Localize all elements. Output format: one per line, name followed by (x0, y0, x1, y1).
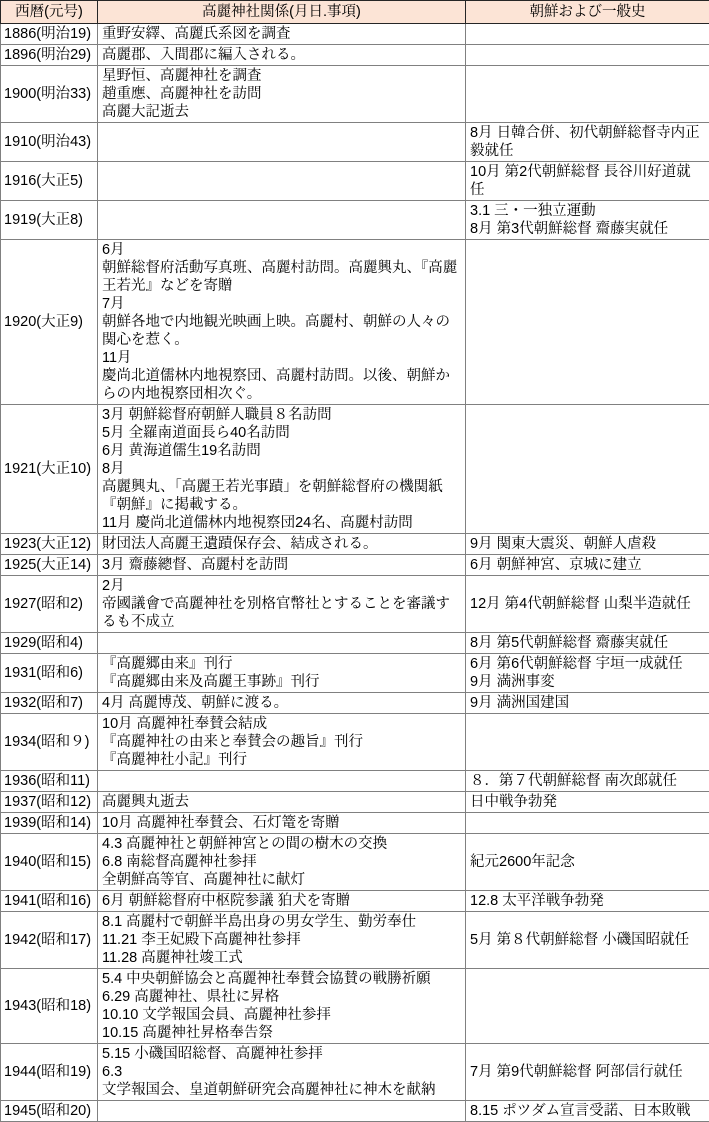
year-cell: 1927(昭和2) (1, 576, 98, 633)
year-cell: 1896(明治29) (1, 45, 98, 66)
table-row: 1942(昭和17) 8.1 高麗村で朝鮮半島出身の男女学生、勤労奉仕 11.2… (1, 912, 709, 969)
shrine-events-cell: 5.15 小磯国昭総督、高麗神社参拝 6.3 文学報国会、皇道朝鮮研究会高麗神社… (98, 1044, 466, 1101)
year-cell: 1942(昭和17) (1, 912, 98, 969)
general-history-cell: 9月 満洲国建国 (466, 693, 709, 714)
table-row: 1927(昭和2) 2月 帝國議會で高麗神社を別格官幣社とすることを審議するも不… (1, 576, 709, 633)
general-history-cell (466, 24, 709, 45)
general-history-cell: ８．第７代朝鮮総督 南次郎就任 (466, 771, 709, 792)
year-cell: 1921(大正10) (1, 405, 98, 534)
header-row: 西暦(元号) 高麗神社関係(月日.事項) 朝鮮および一般史 (1, 1, 709, 24)
year-cell: 1916(大正5) (1, 162, 98, 201)
general-history-cell (466, 66, 709, 123)
shrine-events-cell: 重野安繹、高麗氏系図を調査 (98, 24, 466, 45)
shrine-events-cell (98, 201, 466, 240)
header-year: 西暦(元号) (1, 1, 98, 24)
shrine-events-cell: 4月 高麗博茂、朝鮮に渡る。 (98, 693, 466, 714)
table-row: 1945(昭和20) 8.15 ポツダム宣言受諾、日本敗戦 (1, 1101, 709, 1122)
table-row: 1943(昭和18) 5.4 中央朝鮮協会と高麗神社奉賛会協賛の戦勝祈願 6.2… (1, 969, 709, 1044)
table-row: 1916(大正5) 10月 第2代朝鮮総督 長谷川好道就任 (1, 162, 709, 201)
general-history-cell: 12月 第4代朝鮮総督 山梨半造就任 (466, 576, 709, 633)
table-row: 1934(昭和９) 10月 高麗神社奉賛会結成 『高麗神社の由来と奉賛会の趣旨』… (1, 714, 709, 771)
year-cell: 1937(昭和12) (1, 792, 98, 813)
chronology-page: 西暦(元号) 高麗神社関係(月日.事項) 朝鮮および一般史 1886(明治19)… (0, 0, 709, 1122)
year-cell: 1929(昭和4) (1, 633, 98, 654)
year-cell: 1936(昭和11) (1, 771, 98, 792)
table-row: 1944(昭和19) 5.15 小磯国昭総督、高麗神社参拝 6.3 文学報国会、… (1, 1044, 709, 1101)
table-row: 1920(大正9) 6月 朝鮮総督府活動写真班、高麗村訪問。高麗興丸、『高麗王若… (1, 240, 709, 405)
year-cell: 1940(昭和15) (1, 834, 98, 891)
general-history-cell: 12.8 太平洋戦争勃発 (466, 891, 709, 912)
year-cell: 1900(明治33) (1, 66, 98, 123)
shrine-events-cell: 財団法人高麗王遺蹟保存会、結成される。 (98, 534, 466, 555)
general-history-cell: 8.15 ポツダム宣言受諾、日本敗戦 (466, 1101, 709, 1122)
general-history-cell (466, 240, 709, 405)
year-cell: 1920(大正9) (1, 240, 98, 405)
shrine-events-cell: 3月 朝鮮総督府朝鮮人職員８名訪問 5月 全羅南道面長ら40名訪問 6月 黄海道… (98, 405, 466, 534)
shrine-events-cell (98, 633, 466, 654)
shrine-events-cell: 星野恒、高麗神社を調査 趙重應、高麗神社を訪問 高麗大記逝去 (98, 66, 466, 123)
table-row: 1936(昭和11) ８．第７代朝鮮総督 南次郎就任 (1, 771, 709, 792)
shrine-events-cell: 高麗興丸逝去 (98, 792, 466, 813)
general-history-cell: 3.1 三・一独立運動 8月 第3代朝鮮総督 齋藤実就任 (466, 201, 709, 240)
shrine-events-cell: 6月 朝鮮総督府活動写真班、高麗村訪問。高麗興丸、『高麗王若光』などを寄贈 7月… (98, 240, 466, 405)
general-history-cell: 10月 第2代朝鮮総督 長谷川好道就任 (466, 162, 709, 201)
table-row: 1929(昭和4) 8月 第5代朝鮮総督 齋藤実就任 (1, 633, 709, 654)
shrine-events-cell (98, 771, 466, 792)
year-cell: 1931(昭和6) (1, 654, 98, 693)
table-row: 1900(明治33) 星野恒、高麗神社を調査 趙重應、高麗神社を訪問 高麗大記逝… (1, 66, 709, 123)
shrine-events-cell: 8.1 高麗村で朝鮮半島出身の男女学生、勤労奉仕 11.21 李王妃殿下高麗神社… (98, 912, 466, 969)
general-history-cell (466, 405, 709, 534)
year-cell: 1923(大正12) (1, 534, 98, 555)
general-history-cell (466, 969, 709, 1044)
shrine-events-cell (98, 123, 466, 162)
shrine-events-cell: 4.3 高麗神社と朝鮮神宮との間の樹木の交換 6.8 南総督高麗神社参拝 全朝鮮… (98, 834, 466, 891)
table-row: 1939(昭和14) 10月 高麗神社奉賛会、石灯篭を寄贈 (1, 813, 709, 834)
year-cell: 1919(大正8) (1, 201, 98, 240)
year-cell: 1934(昭和９) (1, 714, 98, 771)
table-row: 1910(明治43) 8月 日韓合併、初代朝鮮総督寺内正毅就任 (1, 123, 709, 162)
year-cell: 1932(昭和7) (1, 693, 98, 714)
table-row: 1940(昭和15) 4.3 高麗神社と朝鮮神宮との間の樹木の交換 6.8 南総… (1, 834, 709, 891)
table-row: 1921(大正10) 3月 朝鮮総督府朝鮮人職員８名訪問 5月 全羅南道面長ら4… (1, 405, 709, 534)
general-history-cell (466, 714, 709, 771)
shrine-events-cell: 10月 高麗神社奉賛会結成 『高麗神社の由来と奉賛会の趣旨』刊行 『高麗神社小記… (98, 714, 466, 771)
general-history-cell: 9月 関東大震災、朝鮮人虐殺 (466, 534, 709, 555)
year-cell: 1939(昭和14) (1, 813, 98, 834)
shrine-events-cell: 5.4 中央朝鮮協会と高麗神社奉賛会協賛の戦勝祈願 6.29 高麗神社、県社に昇… (98, 969, 466, 1044)
shrine-events-cell (98, 162, 466, 201)
table-row: 1886(明治19) 重野安繹、高麗氏系図を調査 (1, 24, 709, 45)
shrine-events-cell: 2月 帝國議會で高麗神社を別格官幣社とすることを審議するも不成立 (98, 576, 466, 633)
chronology-table: 西暦(元号) 高麗神社関係(月日.事項) 朝鮮および一般史 1886(明治19)… (0, 0, 709, 1122)
header-shrine-events: 高麗神社関係(月日.事項) (98, 1, 466, 24)
year-cell: 1943(昭和18) (1, 969, 98, 1044)
general-history-cell: 紀元2600年記念 (466, 834, 709, 891)
year-cell: 1925(大正14) (1, 555, 98, 576)
year-cell: 1941(昭和16) (1, 891, 98, 912)
table-row: 1919(大正8) 3.1 三・一独立運動 8月 第3代朝鮮総督 齋藤実就任 (1, 201, 709, 240)
general-history-cell: 8月 日韓合併、初代朝鮮総督寺内正毅就任 (466, 123, 709, 162)
general-history-cell: 6月 第6代朝鮮総督 宇垣一成就任 9月 満洲事変 (466, 654, 709, 693)
year-cell: 1886(明治19) (1, 24, 98, 45)
table-row: 1931(昭和6) 『高麗郷由来』刊行 『高麗郷由来及高麗王事跡』刊行 6月 第… (1, 654, 709, 693)
table-row: 1941(昭和16) 6月 朝鮮総督府中枢院参議 狛犬を寄贈 12.8 太平洋戦… (1, 891, 709, 912)
year-cell: 1910(明治43) (1, 123, 98, 162)
header-general-history: 朝鮮および一般史 (466, 1, 709, 24)
shrine-events-cell: 6月 朝鮮総督府中枢院参議 狛犬を寄贈 (98, 891, 466, 912)
general-history-cell (466, 45, 709, 66)
shrine-events-cell (98, 1101, 466, 1122)
general-history-cell: 6月 朝鮮神宮、京城に建立 (466, 555, 709, 576)
general-history-cell: 5月 第８代朝鮮総督 小磯国昭就任 (466, 912, 709, 969)
table-row: 1937(昭和12) 高麗興丸逝去 日中戦争勃発 (1, 792, 709, 813)
shrine-events-cell: 『高麗郷由来』刊行 『高麗郷由来及高麗王事跡』刊行 (98, 654, 466, 693)
table-row: 1923(大正12) 財団法人高麗王遺蹟保存会、結成される。 9月 関東大震災、… (1, 534, 709, 555)
table-row: 1932(昭和7) 4月 高麗博茂、朝鮮に渡る。 9月 満洲国建国 (1, 693, 709, 714)
shrine-events-cell: 10月 高麗神社奉賛会、石灯篭を寄贈 (98, 813, 466, 834)
table-row: 1925(大正14) 3月 齋藤總督、高麗村を訪問 6月 朝鮮神宮、京城に建立 (1, 555, 709, 576)
year-cell: 1945(昭和20) (1, 1101, 98, 1122)
general-history-cell: 8月 第5代朝鮮総督 齋藤実就任 (466, 633, 709, 654)
shrine-events-cell: 3月 齋藤總督、高麗村を訪問 (98, 555, 466, 576)
general-history-cell (466, 813, 709, 834)
year-cell: 1944(昭和19) (1, 1044, 98, 1101)
general-history-cell: 日中戦争勃発 (466, 792, 709, 813)
shrine-events-cell: 高麗郡、入間郡に編入される。 (98, 45, 466, 66)
table-row: 1896(明治29) 高麗郡、入間郡に編入される。 (1, 45, 709, 66)
general-history-cell: 7月 第9代朝鮮総督 阿部信行就任 (466, 1044, 709, 1101)
